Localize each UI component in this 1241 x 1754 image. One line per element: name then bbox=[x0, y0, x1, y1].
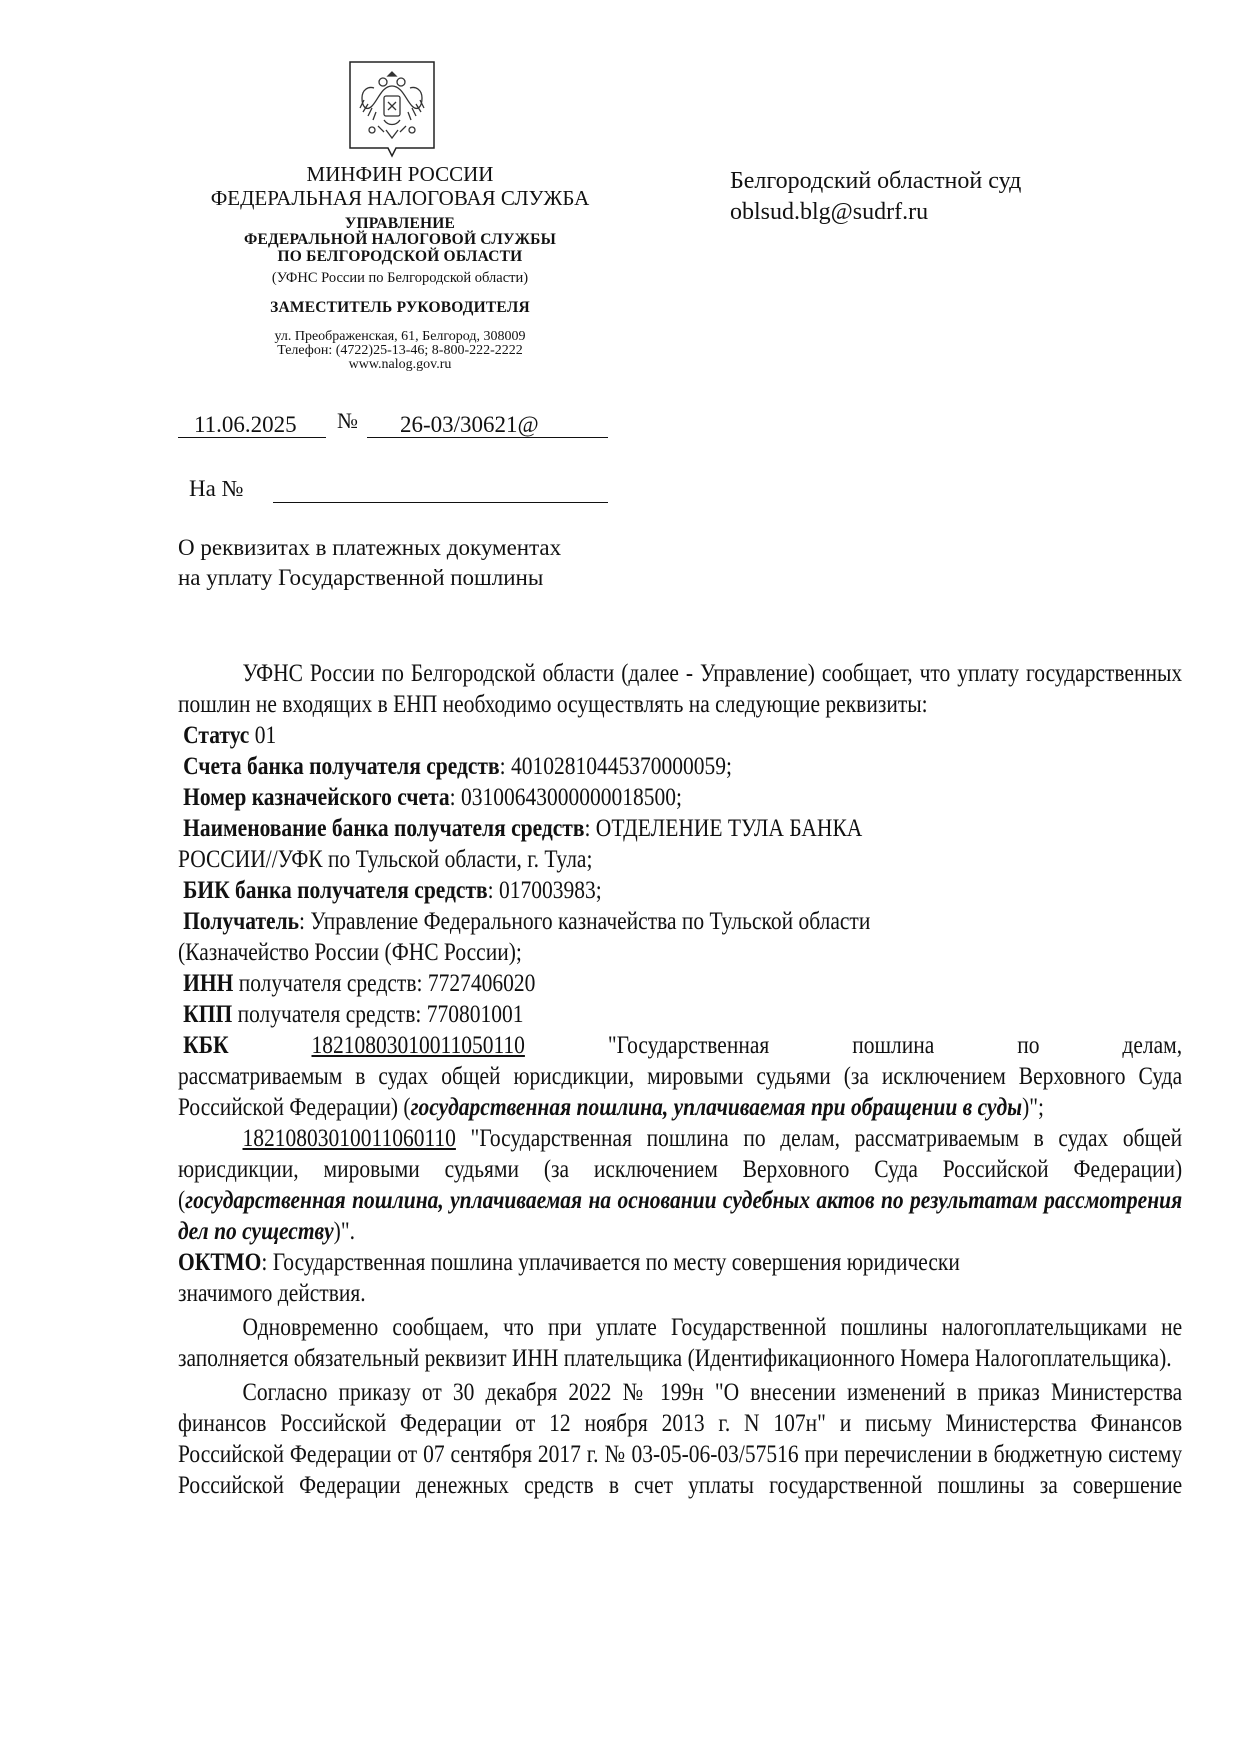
kbk-word: делам, bbox=[1122, 1030, 1182, 1061]
requisite-label: Счета банка получателя средств bbox=[183, 753, 499, 780]
kbk-word: "Государственная bbox=[608, 1030, 769, 1061]
department-line: УПРАВЛЕНИЕ bbox=[178, 216, 622, 232]
address: ул. Преображенская, 61, Белгород, 308009 bbox=[178, 330, 622, 344]
letter-body: УФНС России по Белгородской области (дал… bbox=[178, 658, 1182, 1501]
oktmo-line: ОКТМО: Государственная пошлина уплачивае… bbox=[178, 1247, 1182, 1278]
requisite-label: КПП bbox=[183, 1001, 232, 1028]
requisite-value: 017003983; bbox=[499, 877, 602, 904]
description-end: )"; bbox=[1022, 1094, 1044, 1121]
requisite-bank-name: Наименование банка получателя средств: О… bbox=[183, 813, 1182, 844]
requisite-value: 01 bbox=[255, 722, 277, 749]
requisite-continuation: РОССИИ//УФК по Тульской области, г. Тула… bbox=[178, 844, 1182, 875]
description-emphasis: государственная пошлина, уплачиваемая пр… bbox=[411, 1094, 1023, 1121]
requisite-kpp: КПП получателя средств: 770801001 bbox=[183, 999, 1182, 1030]
kbk-word: пошлина bbox=[852, 1030, 934, 1061]
requisite-label: Получатель bbox=[183, 908, 299, 935]
number-sign: № bbox=[337, 408, 358, 434]
subject-line: на уплату Государственной пошлины bbox=[178, 563, 561, 593]
inn-paragraph: Одновременно сообщаем, что при уплате Го… bbox=[178, 1312, 1182, 1374]
russian-coat-of-arms-icon bbox=[348, 60, 436, 160]
ministry-name: МИНФИН РОССИИ bbox=[178, 163, 622, 185]
requisite-label: ИНН bbox=[183, 970, 233, 997]
document-date: 11.06.2025 bbox=[194, 412, 297, 438]
department-line: ФЕДЕРАЛЬНОЙ НАЛОГОВОЙ СЛУЖБЫ bbox=[178, 232, 622, 248]
requisite-label: БИК банка получателя средств bbox=[183, 877, 487, 904]
requisite-label: Наименование банка получателя средств bbox=[183, 815, 584, 842]
subject: О реквизитах в платежных документах на у… bbox=[178, 533, 561, 593]
oktmo-label: ОКТМО bbox=[178, 1249, 261, 1276]
oktmo-continuation: значимого действия. bbox=[178, 1278, 1182, 1309]
department-line: ПО БЕЛГОРОДСКОЙ ОБЛАСТИ bbox=[178, 249, 622, 265]
separator: : bbox=[450, 784, 461, 811]
requisite-bik: БИК банка получателя средств: 017003983; bbox=[183, 875, 1182, 906]
kbk-first-line: КБК 18210803010011050110 "Государственна… bbox=[183, 1030, 1182, 1061]
requisite-value: Управление Федерального казначейства по … bbox=[310, 908, 870, 935]
description-emphasis: государственная пошлина, уплачиваемая на… bbox=[178, 1187, 1182, 1245]
kbk-code-2-description: 18210803010011060110 "Государственная по… bbox=[178, 1123, 1182, 1247]
recipient-block: Белгородский областной суд oblsud.blg@su… bbox=[730, 166, 1021, 228]
kbk-code-1: 18210803010011050110 bbox=[311, 1030, 524, 1061]
requisite-treasury-account: Номер казначейского счета: 0310064300000… bbox=[183, 782, 1182, 813]
requisite-value: 40102810445370000059; bbox=[511, 753, 732, 780]
kbk-word: по bbox=[1017, 1030, 1039, 1061]
requisite-status: Статус 01 bbox=[183, 720, 1182, 751]
kbk-block: КБК 18210803010011050110 "Государственна… bbox=[178, 1030, 1182, 1247]
requisite-value: ОТДЕЛЕНИЕ ТУЛА БАНКА bbox=[596, 815, 863, 842]
kbk-label: КБК bbox=[183, 1030, 228, 1061]
intro-paragraph: УФНС России по Белгородской области (дал… bbox=[178, 658, 1182, 720]
requisite-value: 03100643000000018500; bbox=[461, 784, 682, 811]
reply-to-field bbox=[273, 502, 608, 503]
document-number: 26-03/30621@ bbox=[400, 412, 539, 438]
requisite-value: получателя средств: 770801001 bbox=[238, 1001, 524, 1028]
recipient-email: oblsud.blg@sudrf.ru bbox=[730, 197, 1021, 228]
separator: : bbox=[488, 877, 499, 904]
subject-line: О реквизитах в платежных документах bbox=[178, 533, 561, 563]
service-name: ФЕДЕРАЛЬНАЯ НАЛОГОВАЯ СЛУЖБА bbox=[178, 187, 622, 209]
requisite-recipient: Получатель: Управление Федерального казн… bbox=[183, 906, 1182, 937]
requisite-bank-account: Счета банка получателя средств: 40102810… bbox=[183, 751, 1182, 782]
description-end: )". bbox=[334, 1218, 355, 1245]
kbk-code-2: 18210803010011060110 bbox=[243, 1125, 456, 1152]
requisite-label: Номер казначейского счета bbox=[183, 784, 449, 811]
kbk-code-1-description: рассматриваемым в судах общей юрисдикции… bbox=[178, 1061, 1182, 1123]
reply-to-label: На № bbox=[189, 476, 244, 502]
issuer-header: МИНФИН РОССИИ ФЕДЕРАЛЬНАЯ НАЛОГОВАЯ СЛУЖ… bbox=[178, 163, 622, 372]
requisite-inn: ИНН получателя средств: 7727406020 bbox=[183, 968, 1182, 999]
requisites-list: Статус 01 Счета банка получателя средств… bbox=[178, 720, 1182, 1030]
signer-position: ЗАМЕСТИТЕЛЬ РУКОВОДИТЕЛЯ bbox=[178, 300, 622, 316]
oktmo-text: : Государственная пошлина уплачивается п… bbox=[261, 1249, 959, 1276]
department-short-name: (УФНС России по Белгородской области) bbox=[178, 271, 622, 286]
recipient-name: Белгородский областной суд bbox=[730, 166, 1021, 197]
order-paragraph: Согласно приказу от 30 декабря 2022 № 19… bbox=[178, 1377, 1182, 1501]
website: www.nalog.gov.ru bbox=[178, 358, 622, 372]
requisite-continuation: (Казначейство России (ФНС России); bbox=[178, 937, 1182, 968]
separator: : bbox=[500, 753, 511, 780]
requisite-value: получателя средств: 7727406020 bbox=[239, 970, 536, 997]
phone: Телефон: (4722)25-13-46; 8-800-222-2222 bbox=[178, 344, 622, 358]
requisite-label: Статус bbox=[183, 722, 249, 749]
separator: : bbox=[584, 815, 595, 842]
separator: : bbox=[299, 908, 310, 935]
